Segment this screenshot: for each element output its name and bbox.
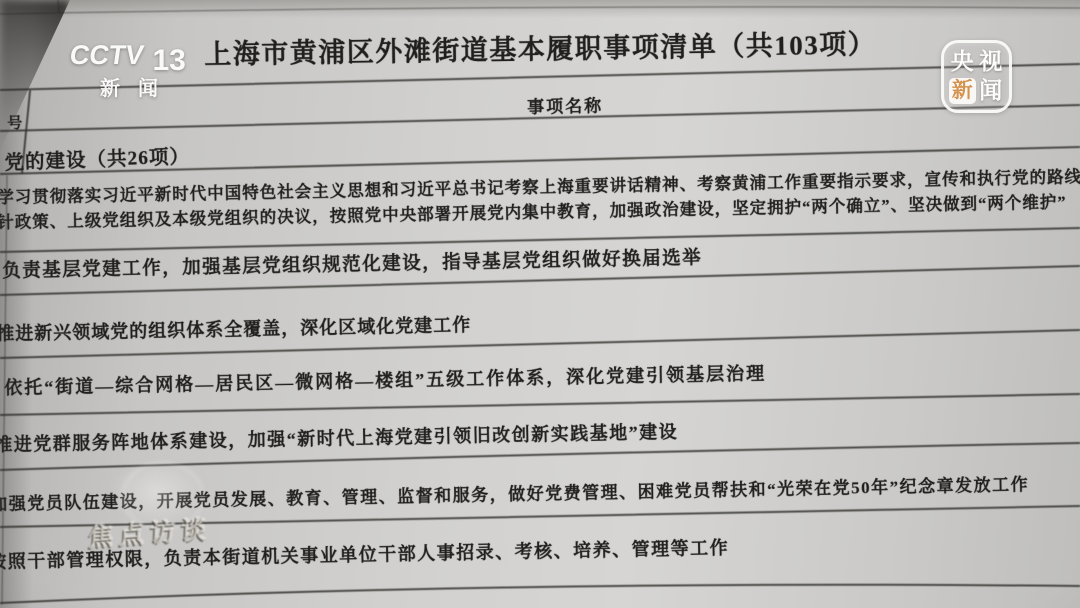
app-logo-char: 央	[951, 50, 974, 73]
cctv-news-app-logo: 央 视 新 闻	[941, 40, 1012, 113]
app-logo-char-accent: 新	[949, 78, 976, 104]
cctv-news-subtitle: 新闻	[100, 79, 186, 99]
cctv-channel-number: 13	[153, 46, 186, 76]
app-logo-char: 闻	[979, 79, 1002, 102]
cctv-logo-text: CCTV	[68, 42, 145, 69]
tv-news-frame: 上海市黄浦区外滩街道基本履职事项清单（共103项） 号 事项名称 党的建设（共2…	[0, 0, 1080, 608]
app-logo-char: 视	[979, 50, 1002, 73]
cctv13-channel-logo: CCTV 13 新闻	[70, 42, 186, 99]
